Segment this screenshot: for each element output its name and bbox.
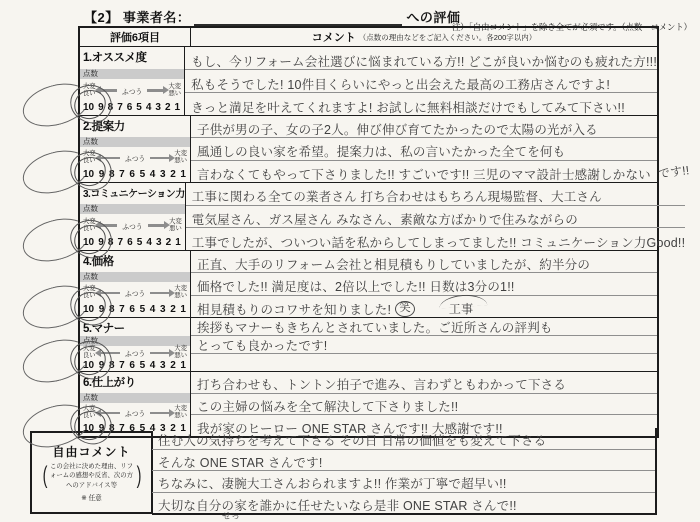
arrow-left-icon xyxy=(99,292,120,295)
category-title: 1.オススメ度 xyxy=(80,47,184,65)
free-comment-label-box: 自由コメント ( この会社に決めた理由、リフォームの感想や反省、次の方へのアドバ… xyxy=(30,431,153,514)
score-numbers: 10987654321 xyxy=(80,304,190,317)
arrow-right-icon xyxy=(150,412,171,415)
rating-scale: 大変良い ふつう 大変悪い xyxy=(80,346,190,360)
handwritten-comment: 大切な自分の家を誰かに任せたいなら是非 ONE STAR さんで!! xyxy=(158,499,517,513)
handwritten-comment: 打ち合わせも、トントン拍子で進み、言わずともわかって下さる xyxy=(197,378,566,392)
comment-header-label: コメント xyxy=(312,29,356,45)
free-comment-title: 自由コメント xyxy=(52,443,130,460)
handwritten-comment: もし、今リフォーム会社選びに悩まれている方!! どこが良いか悩むのも疲れた方!!… xyxy=(191,55,657,69)
arrow-left-icon xyxy=(99,224,118,227)
rating-scale: 大変良い ふつう 大変悪い xyxy=(80,286,190,301)
header-comment: コメント （点数の理由などをご記入ください。各200字以内） xyxy=(191,28,657,46)
free-comment-area: 住む人の気持ちを考えて下さる その日 日常の価値をも変えて下さる そんな ONE… xyxy=(152,428,657,515)
form-title-prefix: 【2】 事業者名： xyxy=(84,7,190,26)
score-numbers: 10987654321 xyxy=(80,102,184,115)
optional-note: ※ 任意 xyxy=(81,492,102,502)
category-title: 5.マナー xyxy=(80,318,190,336)
comment-header-subnote: （点数の理由などをご記入ください。各200字以内） xyxy=(359,32,537,43)
scale-mid-label: ふつう xyxy=(120,221,144,231)
handwritten-comment: 住む人の気持ちを考えて下さる その日 日常の価値をも変えて下さる xyxy=(158,434,546,448)
score-label: 点数 xyxy=(80,393,190,403)
handwritten-comment: 工事でしたが、ついつい話を私からしてしまってました!! コミュニケーション力Go… xyxy=(192,236,686,250)
score-numbers: 10987654321 xyxy=(80,169,190,182)
score-label: 点数 xyxy=(80,137,190,147)
page-header: 【2】 事業者名： への評価 xyxy=(84,7,460,26)
arrow-right-icon xyxy=(150,352,171,355)
rating-row-osusume: 1.オススメ度 点数 大変良い ふつう 大変悪い 10987654321 もし、… xyxy=(80,46,657,115)
arrow-left-icon xyxy=(99,412,120,415)
rating-scale: 大変良い ふつう 大変悪い xyxy=(80,83,184,98)
rating-row-communication: 3.コミュニケーション力 点数 大変良い ふつう 大変悪い 1098765432… xyxy=(80,182,657,250)
handwritten-comment: 言わなくてもやって下さりました!! すごいです!! 三児のママ設計士感謝しかない xyxy=(197,168,651,182)
rating-scale: 大変良い ふつう 大変悪い xyxy=(80,405,190,420)
category-cell: 3.コミュニケーション力 点数 大変良い ふつう 大変悪い 1098765432… xyxy=(80,183,186,250)
comment-cell: 正直、大手のリフォーム会社と相見積もりしていましたが、約半分の 価格でした!! … xyxy=(191,251,657,317)
evaluation-table: 評価6項目 コメント （点数の理由などをご記入ください。各200字以内） 1.オ… xyxy=(78,26,659,438)
rating-row-kakaku: 4.価格 点数 大変良い ふつう 大変悪い 10987654321 正直、大手の… xyxy=(80,250,657,317)
handwritten-comment: 正直、大手のリフォーム会社と相見積もりしていましたが、約半分の xyxy=(197,258,590,272)
open-paren: ( xyxy=(42,464,47,488)
category-cell: 1.オススメ度 点数 大変良い ふつう 大変悪い 10987654321 xyxy=(80,47,185,115)
handwritten-comment: 価格でした!! 満足度は、2倍以上でした!! 日数は3分の1!! xyxy=(197,280,515,294)
category-cell: 4.価格 点数 大変良い ふつう 大変悪い 10987654321 xyxy=(80,251,191,317)
handwritten-comment: ちなみに、凄腕大工さんおられますよ!! 作業が丁寧で超早い!! xyxy=(158,477,507,491)
score-label: 点数 xyxy=(80,69,184,79)
category-cell: 6.仕上がり 点数 大変良い ふつう 大変悪い 10987654321 xyxy=(80,372,191,436)
business-name-blank-line xyxy=(194,11,402,26)
rating-row-shiagari: 6.仕上がり 点数 大変良い ふつう 大変悪い 10987654321 打ち合わ… xyxy=(80,371,657,436)
handwritten-comment: 相見積もりのコワサを知りました! xyxy=(197,303,391,317)
scale-mid-label: ふつう xyxy=(123,288,147,298)
handwritten-comment: 挨拶もマナーもきちんとされていました。ご近所さんの評判も xyxy=(197,321,553,335)
scale-worst-label: 大変悪い xyxy=(168,84,181,98)
handwritten-comment: 風通しの良い家を希望。提案力は、私の言いたかった全てを何も xyxy=(197,145,565,159)
scale-mid-label: ふつう xyxy=(123,348,147,358)
rating-scale: 大変良い ふつう 大変悪い xyxy=(80,151,190,166)
rating-row-teian: 2.提案力 点数 大変良い ふつう 大変悪い 10987654321 子供が男の… xyxy=(80,115,657,182)
insertion-note-kouji: 工事 xyxy=(449,303,473,317)
comment-cell: 打ち合わせも、トントン拍子で進み、言わずともわかって下さる この主婦の悩みを全て… xyxy=(191,372,657,436)
scale-mid-label: ふつう xyxy=(123,408,147,418)
handwritten-comment: この主婦の悩みを全て解決して下さりました!! xyxy=(197,400,458,414)
arrow-left-icon xyxy=(99,89,117,92)
score-label: 点数 xyxy=(80,272,190,282)
arrow-right-icon xyxy=(150,157,171,160)
scale-worst-label: 大変悪い xyxy=(169,219,182,233)
scale-worst-label: 大変悪い xyxy=(174,346,187,360)
category-cell: 2.提案力 点数 大変良い ふつう 大変悪い 10987654321 xyxy=(80,116,191,182)
handwritten-comment: とっても良かったです! xyxy=(197,339,327,353)
scale-worst-label: 大変悪い xyxy=(174,286,187,300)
category-title: 3.コミュニケーション力 xyxy=(80,183,185,200)
rating-scale: 大変良い ふつう 大変悪い xyxy=(80,218,185,233)
handwritten-comment: 電気屋さん、ガス屋さん みなさん、素敵な方ばかりで住みながらの xyxy=(192,213,578,227)
rating-row-manner: 5.マナー 点数 大変良い ふつう 大変悪い 10987654321 挨拶もマナ… xyxy=(80,317,657,371)
comment-cell: もし、今リフォーム会社選びに悩まれている方!! どこが良いか悩むのも疲れた方!!… xyxy=(185,47,657,115)
scale-mid-label: ふつう xyxy=(120,86,144,96)
category-title: 2.提案力 xyxy=(80,116,190,134)
footnote-annotation: せっ xyxy=(222,511,240,521)
category-title: 6.仕上がり xyxy=(80,372,190,390)
comment-cell: 挨拶もマナーもきちんとされていました。ご近所さんの評判も とっても良かったです! xyxy=(191,318,657,371)
margin-note-desu: です!! xyxy=(657,164,690,182)
score-numbers: 10987654321 xyxy=(80,237,185,250)
handwritten-comment: 私もそうでした! 10件目くらいにやっと出会えた最高の工務店さんですよ! xyxy=(191,78,610,92)
comment-cell: 工事に関わる全ての業者さん 打ち合わせはもちろん現場監督、大工さん 電気屋さん、… xyxy=(186,183,686,250)
comment-cell: 子供が男の子、女の子2人。伸び伸び育てたかったので太陽の光が入る 風通しの良い家… xyxy=(191,116,657,182)
scale-worst-label: 大変悪い xyxy=(174,151,187,165)
scale-mid-label: ふつう xyxy=(123,153,147,163)
free-comment-description: ( この会社に決めた理由、リフォームの感想や反省、次の方へのアドバイス等 ) xyxy=(41,462,143,490)
circled-laugh-annotation: 笑 xyxy=(395,301,415,317)
close-paren: ) xyxy=(136,464,141,488)
category-title: 4.価格 xyxy=(80,251,190,269)
arrow-right-icon xyxy=(147,89,165,92)
handwritten-comment: 工事に関わる全ての業者さん 打ち合わせはもちろん現場監督、大工さん xyxy=(192,190,602,204)
table-header-row: 評価6項目 コメント （点数の理由などをご記入ください。各200字以内） xyxy=(80,28,657,46)
arrow-left-icon xyxy=(99,352,120,355)
handwritten-comment: きっと満足を叶えてくれますよ! お試しに無料相談だけでもしてみて下さい!! xyxy=(191,101,625,115)
category-cell: 5.マナー 点数 大変良い ふつう 大変悪い 10987654321 xyxy=(80,318,191,371)
header-categories: 評価6項目 xyxy=(80,28,191,46)
score-label: 点数 xyxy=(80,204,185,214)
scale-worst-label: 大変悪い xyxy=(174,406,187,420)
arrow-right-icon xyxy=(148,224,167,227)
handwritten-comment: 子供が男の子、女の子2人。伸び伸び育てたかったので太陽の光が入る xyxy=(197,123,598,137)
arrow-left-icon xyxy=(99,157,120,160)
arrow-right-icon xyxy=(150,292,171,295)
handwritten-comment: そんな ONE STAR さんです! xyxy=(158,456,323,470)
